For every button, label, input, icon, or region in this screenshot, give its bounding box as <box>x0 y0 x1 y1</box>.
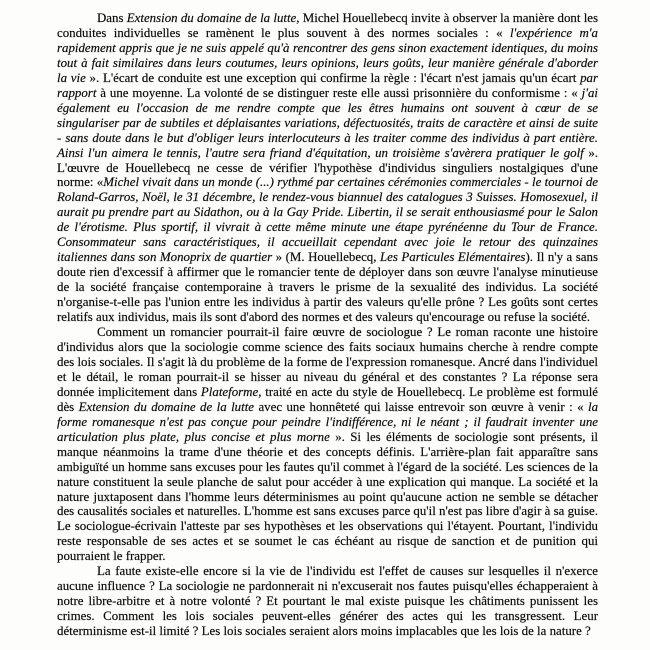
text-run: ». Si les éléments de sociologie sont pr… <box>57 430 598 564</box>
text-run: Extension du domaine de la lutte <box>127 11 297 25</box>
paragraph-1: Dans Extension du domaine de la lutte, M… <box>57 11 598 325</box>
document-text-body: Dans Extension du domaine de la lutte, M… <box>57 11 598 639</box>
text-run: Les Particules Elémentaires <box>380 250 525 264</box>
text-run: avec une honnêteté qui laisse entrevoir … <box>254 400 588 414</box>
text-run: Plateforme <box>201 385 258 399</box>
paragraph-3: La faute existe-elle encore si la vie de… <box>57 564 598 639</box>
scanned-document-page: Dans Extension du domaine de la lutte, M… <box>0 0 650 650</box>
text-run: ». L'écart de conduite est une exception… <box>86 71 580 85</box>
text-run: Extension du domaine de la lutte <box>79 400 254 414</box>
paragraph-2: Comment un romancier pourrait-il faire œ… <box>57 325 598 564</box>
text-run: La faute existe-elle encore si la vie de… <box>57 564 598 638</box>
text-run: Dans <box>97 11 127 25</box>
text-run: à une moyenne. La volonté de se distingu… <box>96 86 581 100</box>
text-run: » (M. Houellebecq, <box>272 250 380 264</box>
